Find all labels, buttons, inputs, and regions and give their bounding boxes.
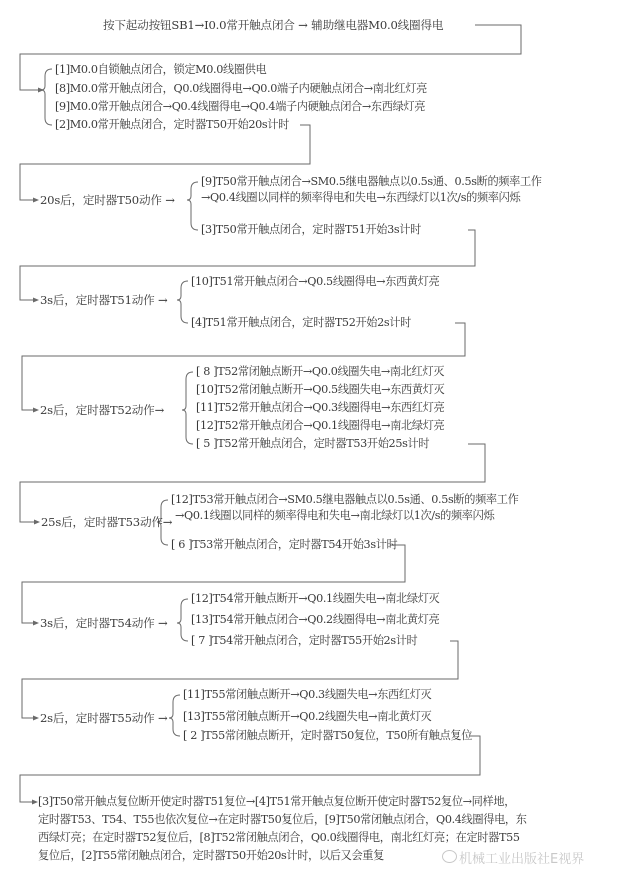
stage-3-trigger: 3s后，定时器T51动作 → — [40, 293, 168, 307]
stage-3-item-1: [10]T51常开触点闭合→Q0.5线圈得电→东西黄灯亮 — [191, 275, 439, 289]
reset-line-4: 复位后，[2]T55常闭触点闭合，定时器T50开始20s计时，以后又会重复 — [38, 849, 384, 863]
reset-line-1: [3]T50常开触点复位断开使定时器T51复位→[4]T51常开触点复位断开使定… — [38, 795, 515, 809]
reset-line-2: 定时器T53、T54、T55也依次复位→在定时器T50复位后，[9]T50常闭触… — [38, 813, 527, 827]
stage-6-item-1: [12]T54常开触点断开→Q0.1线圈失电→南北绿灯灭 — [191, 592, 439, 606]
stage-1-item-3: [9]M0.0常开触点闭合→Q0.4线圈得电→Q0.4端子内硬触点闭合→东西绿灯… — [55, 100, 425, 114]
stage-7-item-2: [13]T55常闭触点断开→Q0.2线圈失电→南北黄灯灭 — [183, 710, 431, 724]
wechat-icon — [442, 850, 457, 863]
stage-5-item-3: [ 6 ]T53常开触点闭合，定时器T54开始3s计时 — [171, 538, 397, 552]
stage-5-item-1: [12]T53常开触点闭合→SM0.5继电器触点以0.5s通、0.5s断的频率工… — [171, 493, 518, 507]
stage-7-item-3: [ 2 ]T55常闭触点断开，定时器T50复位，T50所有触点复位 — [183, 729, 472, 743]
stage-2-item-2: →Q0.4线圈以同样的频率得电和失电→东西绿灯以1次/s的频率闪烁 — [201, 191, 520, 205]
stage-4-item-2: [10]T52常闭触点断开→Q0.5线圈失电→东西黄灯灭 — [196, 383, 444, 397]
stage-4-item-1: [ 8 ]T52常闭触点断开→Q0.0线圈失电→南北红灯灭 — [196, 365, 444, 379]
stage-1-item-1: [1]M0.0自锁触点闭合，锁定M0.0线圈供电 — [55, 63, 266, 77]
stage-2-item-1: [9]T50常开触点闭合→SM0.5继电器触点以0.5s通、0.5s断的频率工作 — [201, 175, 542, 189]
stage-3-item-2: [4]T51常开触点闭合，定时器T52开始2s计时 — [191, 316, 411, 330]
stage-4-trigger: 2s后，定时器T52动作→ — [40, 403, 164, 417]
stage-6-item-3: [ 7 ]T54常开触点闭合，定时器T55开始2s计时 — [191, 634, 417, 648]
stage-2-item-3: [3]T50常开触点闭合，定时器T51开始3s计时 — [201, 223, 421, 237]
stage-7-item-1: [11]T55常闭触点断开→Q0.3线圈失电→东西红灯灭 — [183, 688, 431, 702]
start-condition: 按下起动按钮SB1→I0.0常开触点闭合 → 辅助继电器M0.0线圈得电 — [103, 18, 443, 32]
stage-7-trigger: 2s后，定时器T55动作 → — [40, 711, 168, 725]
stage-1-item-4: [2]M0.0常开触点闭合，定时器T50开始20s计时 — [55, 118, 289, 132]
stage-4-item-5: [ 5 ]T52常开触点闭合，定时器T53开始25s计时 — [196, 437, 429, 451]
stage-4-item-4: [12]T52常开触点闭合→Q0.1线圈得电→南北绿灯亮 — [196, 419, 444, 433]
stage-1-item-2: [8]M0.0常开触点闭合，Q0.0线圈得电→Q0.0端子内硬触点闭合→南北红灯… — [55, 82, 427, 96]
stage-4-item-3: [11]T52常开触点闭合→Q0.3线圈得电→东西红灯亮 — [196, 401, 444, 415]
watermark-text: 机械工业出版社E视界 — [459, 848, 584, 867]
stage-5-item-2: →Q0.1线圈以同样的频率得电和失电→南北绿灯以1次/s的频率闪烁 — [175, 509, 494, 523]
stage-5-trigger: 25s后，定时器T53动作→ — [41, 515, 172, 529]
stage-6-trigger: 3s后，定时器T54动作 → — [40, 616, 168, 630]
stage-6-item-2: [13]T54常开触点闭合→Q0.2线圈得电→南北黄灯亮 — [191, 613, 439, 627]
reset-line-3: 西绿灯亮；在定时器T52复位后，[8]T52常闭触点闭合，Q0.0线圈得电，南北… — [38, 831, 520, 845]
stage-2-trigger: 20s后，定时器T50动作 → — [40, 193, 175, 207]
